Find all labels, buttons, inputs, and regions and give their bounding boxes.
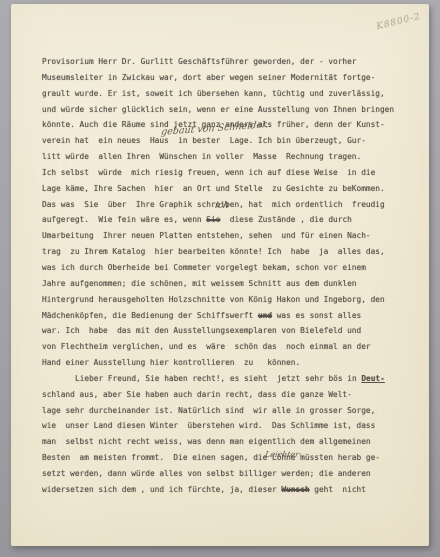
typed-segment: Umarbeitung Ihrer neuen Platten entstehe… — [42, 231, 371, 240]
typed-segment: litt würde allen Ihren Wünschen in volle… — [42, 152, 361, 161]
typed-segment-strike: Sie — [206, 215, 220, 224]
typed-segment: was es sonst alles — [272, 311, 361, 320]
typed-segment: Das was Sie über Ihre Graphik schreiben,… — [42, 200, 385, 209]
typed-segment-strike-bold: Wunsch — [281, 485, 309, 494]
typed-segment: grault wurde. Er ist, soweit ich überseh… — [42, 89, 385, 98]
typed-segment: war. Ich habe das mit den Ausstellungsex… — [42, 326, 361, 335]
typed-segment: Hintergrund herausgeholten Holzschnitte … — [42, 295, 385, 304]
typed-segment-strike-bold: und — [258, 311, 272, 320]
typed-line: Provisorium Herr Dr. Gurlitt Geschäftsfü… — [42, 54, 408, 70]
typed-line: Besten am meisten frommt. Die einen sage… — [42, 450, 408, 466]
typed-segment: Besten am meisten frommt. Die einen sage… — [42, 453, 380, 462]
typed-segment: geht nicht — [310, 485, 366, 494]
typed-segment: diese Zustände , die durch — [220, 215, 351, 224]
typed-line: aufgeregt. Wie fein wäre es, wenn Sie di… — [42, 212, 408, 228]
typed-line: Lage käme, Ihre Sachen hier an Ort und S… — [42, 181, 408, 197]
typed-line: grault wurde. Er ist, soweit ich überseh… — [42, 86, 408, 102]
typed-line: Jahre aufgenommen; die schönen, mit weis… — [42, 276, 408, 292]
typed-segment: Hand einer Ausstellung hier kontrolliere… — [42, 358, 300, 367]
typed-segment: von Flechtheim verglichen, und es wäre s… — [42, 342, 371, 351]
typed-line: war. Ich habe das mit den Ausstellungsex… — [42, 323, 408, 339]
typed-segment: Lage käme, Ihre Sachen hier an Ort und S… — [42, 184, 385, 193]
typed-line: von Flechtheim verglichen, und es wäre s… — [42, 339, 408, 355]
typed-line: Umarbeitung Ihrer neuen Platten entstehe… — [42, 228, 408, 244]
typed-segment: wie unser Land diesen Winter überstehen … — [42, 421, 375, 430]
typed-segment: widersetzen sich dem , und ich fürchte, … — [42, 485, 281, 494]
typed-segment: aufgeregt. Wie fein wäre es, wenn — [42, 215, 206, 224]
typed-segment: Museumsleiter in Zwickau war, dort aber … — [42, 73, 375, 82]
typed-line: Hintergrund herausgeholten Holzschnitte … — [42, 292, 408, 308]
typed-line: wie unser Land diesen Winter überstehen … — [42, 418, 408, 434]
typed-segment: Ich selbst würde mich riesig freuen, wen… — [42, 168, 375, 177]
typed-line: verein hat ein neues Haus in bester Lage… — [42, 133, 408, 149]
typed-line: litt würde allen Ihren Wünschen in volle… — [42, 149, 408, 165]
typed-segment: Mädchenköpfen, die Bedienung der Schiffs… — [42, 311, 258, 320]
typed-line: widersetzen sich dem , und ich fürchte, … — [42, 482, 408, 498]
typed-segment: lage sehr durcheinander ist. Natürlich s… — [42, 406, 375, 415]
typed-line: könnte. Auch die Räume sind jetzt ganz a… — [42, 117, 408, 133]
typed-line: und würde sicher glücklich sein, wenn er… — [42, 102, 408, 118]
typed-segment: Provisorium Herr Dr. Gurlitt Geschäftsfü… — [42, 57, 357, 66]
typed-segment: man selbst nicht recht weiss, was denn m… — [42, 437, 371, 446]
typed-line: schland aus, aber Sie haben auch darin r… — [42, 387, 408, 403]
typed-line: Das was Sie über Ihre Graphik schreiben,… — [42, 197, 408, 213]
catalog-number-pencil-annotation: K8800-2 — [375, 12, 421, 33]
typed-line: Hand einer Ausstellung hier kontrolliere… — [42, 355, 408, 371]
typed-segment: schland aus, aber Sie haben auch darin r… — [42, 390, 352, 399]
typed-segment: was ich durch Oberheide bei Commeter vor… — [42, 263, 366, 272]
typed-line: Lieber Freund, Sie haben recht!, es sieh… — [42, 371, 408, 387]
typed-line: trag zu Ihrem Katalog hier bearbeiten kö… — [42, 244, 408, 260]
typed-segment: könnte. Auch die Räume sind jetzt ganz a… — [42, 120, 385, 129]
typed-letter-body: Provisorium Herr Dr. Gurlitt Geschäftsfü… — [42, 54, 408, 498]
typed-segment: Jahre aufgenommen; die schönen, mit weis… — [42, 279, 357, 288]
typed-line: Museumsleiter in Zwickau war, dort aber … — [42, 70, 408, 86]
typed-segment: verein hat ein neues Haus in bester Lage… — [42, 136, 366, 145]
typed-segment: trag zu Ihrem Katalog hier bearbeiten kö… — [42, 247, 385, 256]
typed-segment: und würde sicher glücklich sein, wenn er… — [42, 105, 394, 114]
letter-paper: K8800-2 gebaut von Schneider. ich Leicht… — [11, 4, 429, 546]
typed-line: Ich selbst würde mich riesig freuen, wen… — [42, 165, 408, 181]
typed-line: was ich durch Oberheide bei Commeter vor… — [42, 260, 408, 276]
typed-segment-underline: Deut- — [361, 374, 384, 383]
typed-segment: setzt werden, dann würde alles von selbs… — [42, 469, 371, 478]
typed-line: setzt werden, dann würde alles von selbs… — [42, 466, 408, 482]
typed-line: man selbst nicht recht weiss, was denn m… — [42, 434, 408, 450]
typed-segment: Lieber Freund, Sie haben recht!, es sieh… — [75, 374, 361, 383]
typed-line: Mädchenköpfen, die Bedienung der Schiffs… — [42, 308, 408, 324]
typed-line: lage sehr durcheinander ist. Natürlich s… — [42, 403, 408, 419]
